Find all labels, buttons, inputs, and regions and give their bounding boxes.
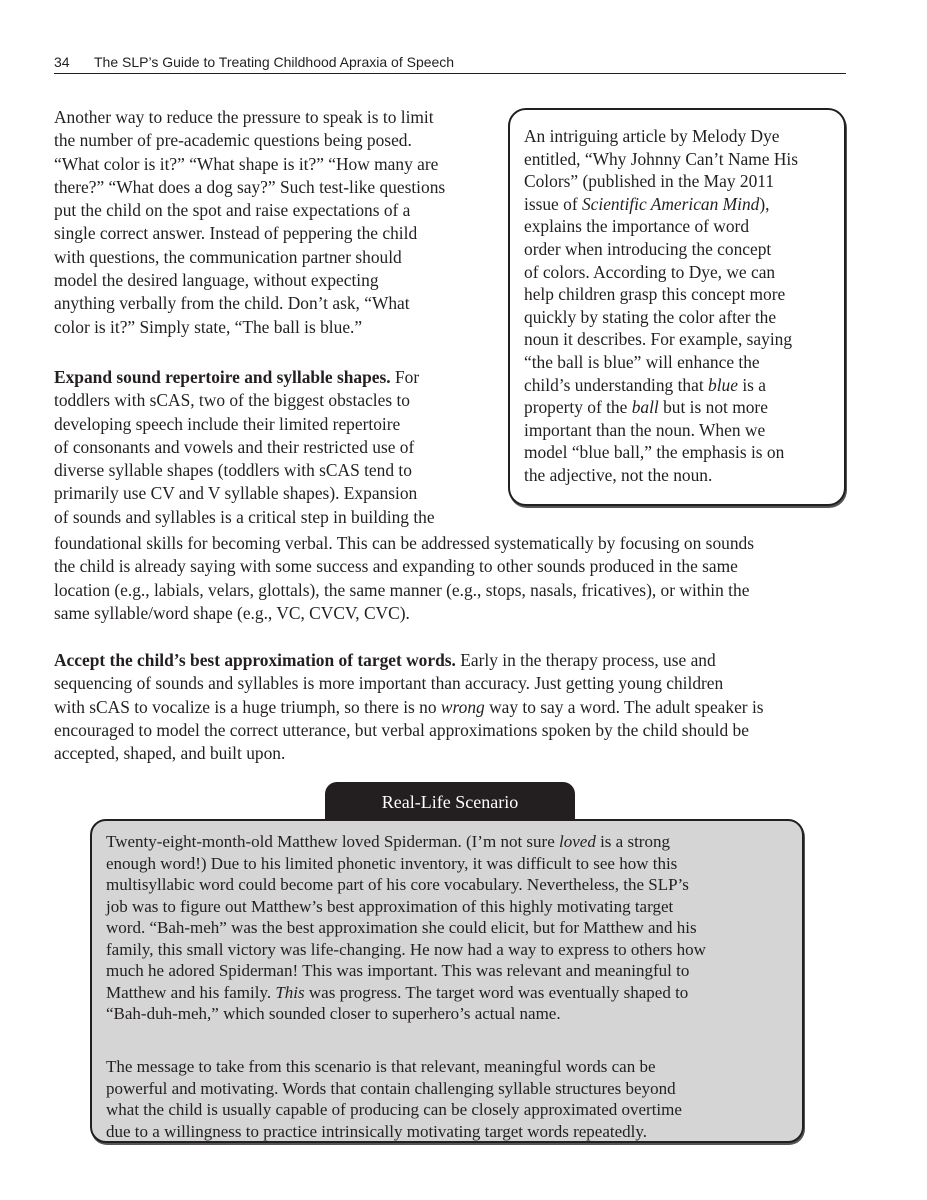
emphasis-text: wrong bbox=[441, 697, 485, 717]
text-line: multisyllabic word could become part of … bbox=[106, 874, 706, 896]
text-line: anything verbally from the child. Don’t … bbox=[54, 292, 499, 315]
real-life-scenario-box: Twenty-eight-month-old Matthew loved Spi… bbox=[90, 819, 804, 1143]
text-line: property of the ball but is not more bbox=[524, 396, 798, 419]
text-line: primarily use CV and V syllable shapes).… bbox=[54, 482, 499, 505]
text-line: same syllable/word shape (e.g., VC, CVCV… bbox=[54, 602, 849, 625]
text-line: the adjective, not the noun. bbox=[524, 464, 798, 487]
text-run: property of the bbox=[524, 397, 632, 417]
text-run: way to say a word. The adult speaker is bbox=[485, 697, 764, 717]
text-line: with questions, the communication partne… bbox=[54, 246, 499, 269]
text-line: help children grasp this concept more bbox=[524, 283, 798, 306]
text-line: diverse syllable shapes (toddlers with s… bbox=[54, 459, 499, 482]
text-line: Matthew and his family. This was progres… bbox=[106, 982, 706, 1004]
emphasis-text: blue bbox=[708, 375, 738, 395]
text-line: with sCAS to vocalize is a huge triumph,… bbox=[54, 696, 849, 719]
text-line: single correct answer. Instead of pepper… bbox=[54, 222, 499, 245]
text-line: important than the noun. When we bbox=[524, 419, 798, 442]
text-line: Twenty-eight-month-old Matthew loved Spi… bbox=[106, 831, 706, 853]
page-number: 34 bbox=[54, 52, 94, 72]
text-run: is a strong bbox=[596, 832, 670, 851]
sidebar-callout-box: An intriguing article by Melody Dye enti… bbox=[508, 108, 846, 506]
text-line: there?” “What does a dog say?” Such test… bbox=[54, 176, 499, 199]
text-line: “What color is it?” “What shape is it?” … bbox=[54, 153, 499, 176]
paragraph-expand-sound-repertoire: Expand sound repertoire and syllable sha… bbox=[54, 366, 499, 529]
section-heading-accept-approximation: Accept the child’s best approximation of… bbox=[54, 650, 456, 670]
text-line: of sounds and syllables is a critical st… bbox=[54, 506, 499, 529]
text-line: model “blue ball,” the emphasis is on bbox=[524, 441, 798, 464]
emphasis-text: loved bbox=[559, 832, 596, 851]
text-run: child’s understanding that bbox=[524, 375, 708, 395]
emphasis-text: This bbox=[275, 983, 304, 1002]
text-line: word. “Bah-meh” was the best approximati… bbox=[106, 917, 706, 939]
text-run: Early in the therapy process, use and bbox=[456, 650, 716, 670]
text-line: order when introducing the concept bbox=[524, 238, 798, 261]
text-line: The message to take from this scenario i… bbox=[106, 1056, 682, 1078]
text-line: model the desired language, without expe… bbox=[54, 269, 499, 292]
text-line: the child is already saying with some su… bbox=[54, 555, 849, 578]
text-line: much he adored Spiderman! This was impor… bbox=[106, 960, 706, 982]
text-line: of consonants and vowels and their restr… bbox=[54, 436, 499, 459]
text-line: due to a willingness to practice intrins… bbox=[106, 1121, 682, 1143]
text-line: encouraged to model the correct utteranc… bbox=[54, 719, 849, 742]
text-line: quickly by stating the color after the bbox=[524, 306, 798, 329]
text-run: Twenty-eight-month-old Matthew loved Spi… bbox=[106, 832, 559, 851]
text-line: powerful and motivating. Words that cont… bbox=[106, 1078, 682, 1100]
text-line: explains the importance of word bbox=[524, 215, 798, 238]
text-line: Another way to reduce the pressure to sp… bbox=[54, 106, 499, 129]
section-heading-expand-sound: Expand sound repertoire and syllable sha… bbox=[54, 367, 391, 387]
text-line: Expand sound repertoire and syllable sha… bbox=[54, 366, 499, 389]
text-run: For bbox=[391, 367, 420, 387]
scenario-tab-label: Real-Life Scenario bbox=[325, 782, 575, 819]
text-run: issue of bbox=[524, 194, 582, 214]
paragraph-reduce-pressure: Another way to reduce the pressure to sp… bbox=[54, 106, 499, 339]
book-title: The SLP’s Guide to Treating Childhood Ap… bbox=[94, 54, 454, 70]
text-line: An intriguing article by Melody Dye bbox=[524, 125, 798, 148]
text-line: what the child is usually capable of pro… bbox=[106, 1099, 682, 1121]
text-line: location (e.g., labials, velars, glottal… bbox=[54, 579, 849, 602]
text-run: was progress. The target word was eventu… bbox=[305, 983, 689, 1002]
text-run: but is not more bbox=[659, 397, 768, 417]
text-line: Accept the child’s best approximation of… bbox=[54, 649, 849, 672]
text-line: developing speech include their limited … bbox=[54, 413, 499, 436]
text-line: child’s understanding that blue is a bbox=[524, 374, 798, 397]
scenario-paragraph-1: Twenty-eight-month-old Matthew loved Spi… bbox=[106, 831, 706, 1025]
text-line: toddlers with sCAS, two of the biggest o… bbox=[54, 389, 499, 412]
paragraph-expand-sound-continued: foundational skills for becoming verbal.… bbox=[54, 532, 849, 625]
text-line: job was to figure out Matthew’s best app… bbox=[106, 896, 706, 918]
emphasis-text: ball bbox=[632, 397, 659, 417]
paragraph-accept-approximation: Accept the child’s best approximation of… bbox=[54, 649, 849, 765]
text-line: foundational skills for becoming verbal.… bbox=[54, 532, 849, 555]
text-line: enough word!) Due to his limited phoneti… bbox=[106, 853, 706, 875]
text-line: noun it describes. For example, saying bbox=[524, 328, 798, 351]
text-line: Colors” (published in the May 2011 bbox=[524, 170, 798, 193]
text-run: with sCAS to vocalize is a huge triumph,… bbox=[54, 697, 441, 717]
text-run: Matthew and his family. bbox=[106, 983, 275, 1002]
text-line: accepted, shaped, and built upon. bbox=[54, 742, 849, 765]
scenario-paragraph-2: The message to take from this scenario i… bbox=[106, 1056, 682, 1142]
text-line: family, this small victory was life-chan… bbox=[106, 939, 706, 961]
text-line: color is it?” Simply state, “The ball is… bbox=[54, 316, 499, 339]
text-line: of colors. According to Dye, we can bbox=[524, 261, 798, 284]
text-run: is a bbox=[738, 375, 766, 395]
sidebar-text: An intriguing article by Melody Dye enti… bbox=[524, 125, 798, 487]
text-line: the number of pre-academic questions bei… bbox=[54, 129, 499, 152]
publication-title: Scientific American Mind bbox=[582, 194, 759, 214]
text-line: issue of Scientific American Mind), bbox=[524, 193, 798, 216]
text-run: ), bbox=[759, 194, 769, 214]
text-line: entitled, “Why Johnny Can’t Name His bbox=[524, 148, 798, 171]
running-head: 34The SLP’s Guide to Treating Childhood … bbox=[54, 52, 846, 74]
text-line: “the ball is blue” will enhance the bbox=[524, 351, 798, 374]
text-line: sequencing of sounds and syllables is mo… bbox=[54, 672, 849, 695]
text-line: “Bah-duh-meh,” which sounded closer to s… bbox=[106, 1003, 706, 1025]
text-line: put the child on the spot and raise expe… bbox=[54, 199, 499, 222]
